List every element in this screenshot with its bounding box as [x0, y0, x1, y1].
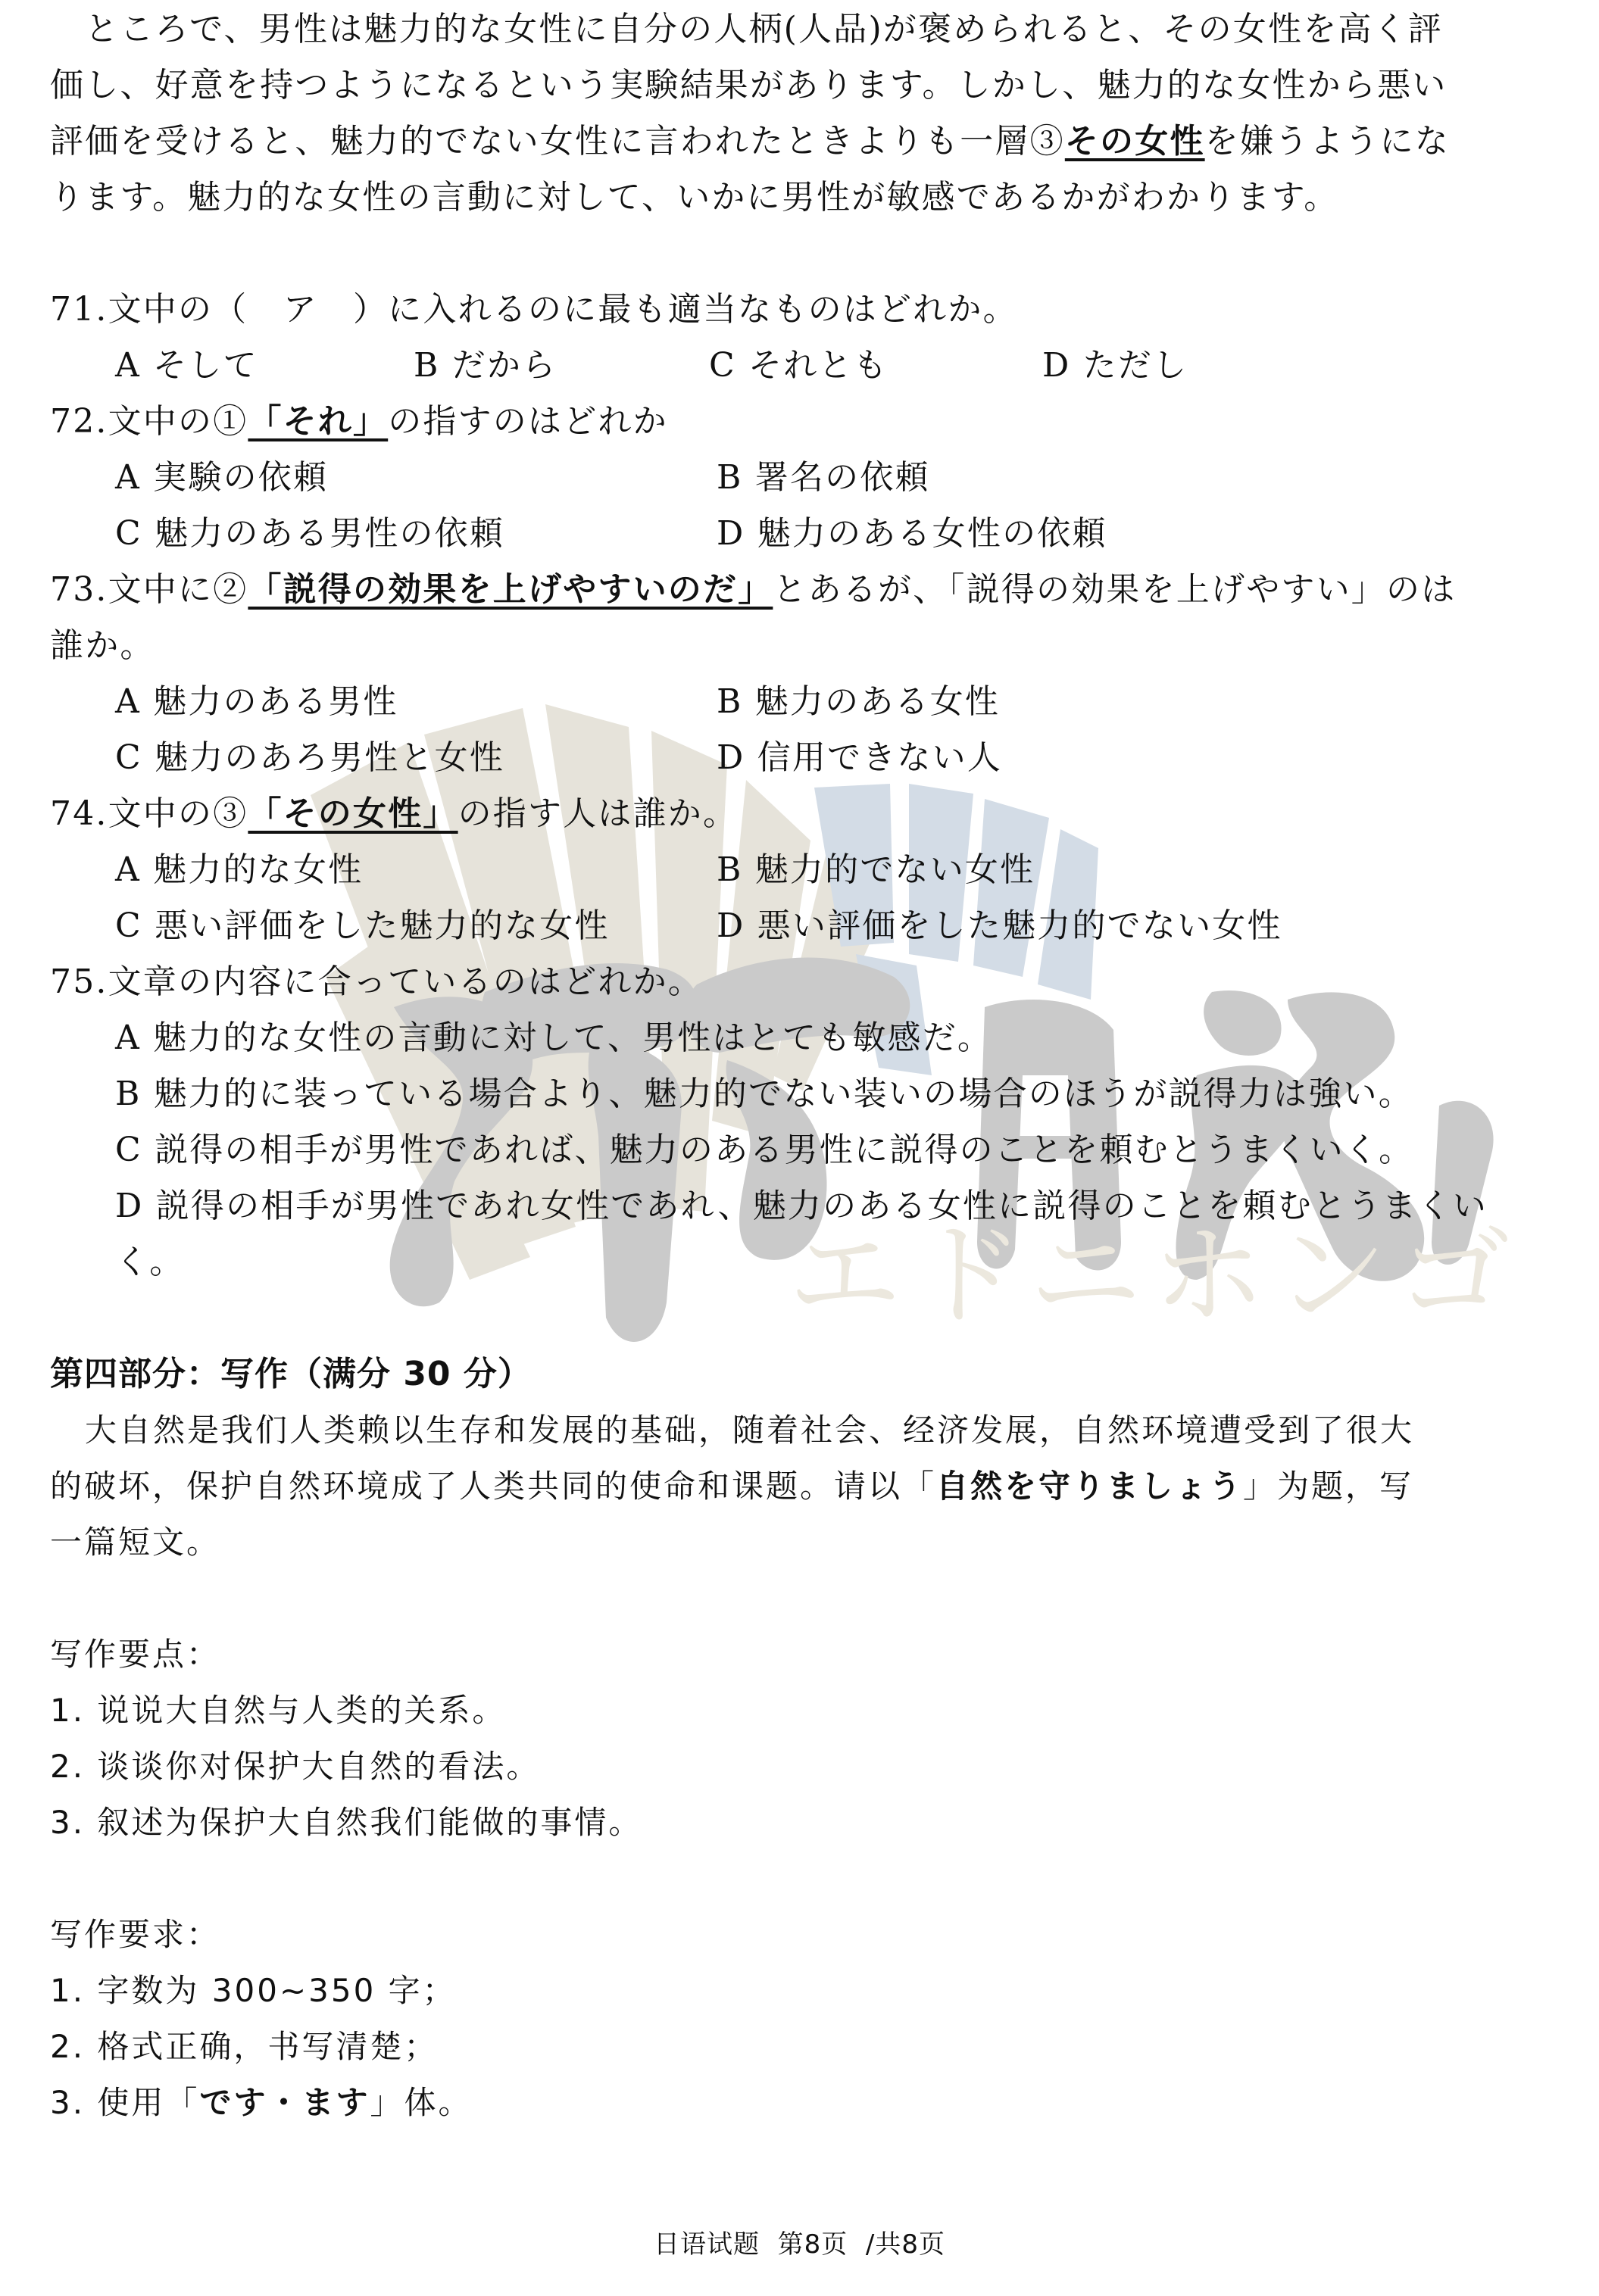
underlined-phrase-2: 「説得の効果を上げやすいのだ」 — [248, 570, 773, 609]
option-text: それとも — [748, 346, 889, 385]
option-text: 魅力のあろ男性と女性 — [155, 738, 504, 777]
option-letter: B — [717, 458, 743, 497]
question-stem: 文章の内容に合っているのはどれか。 — [108, 962, 703, 1001]
essay-topic: 自然を守りましょう — [936, 1468, 1243, 1505]
option-d[interactable]: D 信用できない人 — [717, 730, 1002, 786]
passage-line-1: ところで、男性は魅力的な女性に自分の人柄(人品)が褒められると、その女性を高く評 — [50, 2, 1576, 58]
option-text: 魅力的な女性の言動に対して、男性はとても敏感だ。 — [153, 1019, 992, 1057]
option-letter: C — [115, 738, 142, 777]
option-letter: D — [717, 514, 745, 553]
option-letter: A — [115, 346, 141, 385]
option-letter: C — [115, 1131, 142, 1169]
question-72: 72.文中の①「それ」の指すのはどれか — [50, 394, 1576, 450]
writing-point-3: 3. 叙述为保护大自然我们能做的事情。 — [50, 1795, 1576, 1851]
question-number: 72. — [50, 402, 108, 441]
option-b[interactable]: B 署名の依頼 — [717, 450, 930, 506]
question-73-options-row-1: A 魅力のある男性 B 魅力のある女性 — [115, 674, 1576, 730]
prompt-text-after: 」为题，写 — [1243, 1468, 1413, 1505]
footer-subject: 日语试题 — [654, 2229, 760, 2260]
writing-requirements-heading: 写作要求： — [50, 1907, 1576, 1963]
question-75-option-d[interactable]: D 説得の相手が男性であれ女性であれ、魅力のある女性に説得のことを頼むとうまくい — [115, 1178, 1576, 1234]
question-74-options-row-2: C 悪い評価をした魅力的な女性 D 悪い評価をした魅力的でない女性 — [115, 898, 1576, 954]
question-number: 74. — [50, 794, 108, 833]
footer-page-number: 第8页 — [778, 2229, 848, 2260]
option-c[interactable]: C 魅力のあろ男性と女性 — [115, 730, 504, 786]
option-text: 魅力のある男性の依頼 — [155, 514, 504, 553]
question-72-options-row-2: C 魅力のある男性の依頼 D 魅力のある女性の依頼 — [115, 506, 1576, 562]
option-letter: B — [414, 346, 440, 385]
question-stem-before: 文中に② — [108, 570, 248, 609]
question-72-options-row-1: A 実験の依頼 B 署名の依頼 — [115, 450, 1576, 506]
writing-points-heading: 写作要点： — [50, 1627, 1576, 1683]
option-text: 信用できない人 — [757, 738, 1002, 777]
option-b[interactable]: B だから — [414, 338, 557, 394]
option-letter: C — [115, 514, 142, 553]
writing-point-1: 1. 说说大自然与人类的关系。 — [50, 1683, 1576, 1739]
option-a[interactable]: A そして — [115, 338, 258, 394]
question-75-option-a[interactable]: A 魅力的な女性の言動に対して、男性はとても敏感だ。 — [115, 1010, 1576, 1066]
question-75-option-b[interactable]: B 魅力的に装っている場合より、魅力的でない装いの場合のほうが説得力は強い。 — [115, 1066, 1576, 1122]
writing-requirement-2: 2. 格式正确，书写清楚； — [50, 2019, 1576, 2075]
question-73: 73.文中に②「説得の効果を上げやすいのだ」とあるが、「説得の効果を上げやすい」… — [50, 562, 1576, 618]
passage-line-4: ります。魅力的な女性の言動に対して、いかに男性が敏感であるかがわかります。 — [50, 170, 1576, 226]
question-75: 75.文章の内容に合っているのはどれか。 — [50, 954, 1576, 1010]
question-stem-before: 文中の③ — [108, 794, 248, 833]
option-a[interactable]: A 魅力のある男性 — [115, 674, 398, 730]
underlined-phrase-3: その女性 — [1065, 122, 1205, 161]
option-c[interactable]: C 悪い評価をした魅力的な女性 — [115, 898, 610, 954]
option-d[interactable]: D 悪い評価をした魅力的でない女性 — [717, 898, 1282, 954]
option-text: 説得の相手が男性であれ女性であれ、魅力のある女性に説得のことを頼むとうまくい — [156, 1187, 1488, 1225]
option-c[interactable]: C それとも — [709, 338, 889, 394]
option-text: だから — [452, 346, 557, 385]
option-text: 悪い評価をした魅力的でない女性 — [757, 906, 1282, 945]
option-d[interactable]: D ただし — [1042, 338, 1188, 394]
option-text: 魅力的でない女性 — [755, 850, 1035, 889]
writing-prompt-line-2: 的破坏，保护自然环境成了人类共同的使命和课题。请以「自然を守りましょう」为题，写 — [50, 1458, 1576, 1515]
question-75-option-d-continuation: く。 — [115, 1234, 1576, 1290]
option-letter: B — [115, 1075, 142, 1113]
option-letter: D — [1042, 346, 1070, 385]
option-b[interactable]: B 魅力的でない女性 — [717, 842, 1035, 898]
passage-line-3-before: 評価を受けると、魅力的でない女性に言われたときよりも一層③ — [50, 122, 1065, 161]
option-letter: A — [115, 1019, 141, 1057]
question-stem: 文中の（ ア ）に入れるのに最も適当なものはどれか。 — [108, 290, 1018, 329]
question-stem-after: の指す人は誰か。 — [458, 794, 739, 833]
option-a[interactable]: A 魅力的な女性 — [115, 842, 363, 898]
exam-page: エドニホンゴ ところで、男性は魅力的な女性に自分の人柄(人品)が褒められると、そ… — [0, 0, 1599, 2296]
question-71: 71.文中の（ ア ）に入れるのに最も適当なものはどれか。 — [50, 282, 1576, 338]
option-letter: D — [717, 906, 745, 945]
option-letter: A — [115, 850, 141, 889]
option-letter: A — [115, 682, 141, 721]
writing-requirement-1: 1. 字数为 300~350 字； — [50, 1963, 1576, 2019]
question-73-options-row-2: C 魅力のあろ男性と女性 D 信用できない人 — [115, 730, 1576, 786]
option-text: 魅力的な女性 — [153, 850, 363, 889]
option-text: 魅力のある男性 — [153, 682, 398, 721]
question-75-option-c[interactable]: C 説得の相手が男性であれば、魅力のある男性に説得のことを頼むとうまくいく。 — [115, 1122, 1576, 1178]
question-stem-after: の指すのはどれか — [388, 402, 668, 441]
requirement-text-after: 」体。 — [370, 2084, 472, 2121]
question-73-line-2: 誰か。 — [50, 618, 1576, 674]
option-letter: D — [115, 1187, 143, 1225]
question-number: 73. — [50, 570, 108, 609]
passage-line-3: 評価を受けると、魅力的でない女性に言われたときよりも一層③その女性を嫌うようにな — [50, 114, 1576, 170]
question-stem-after: とあるが、「説得の効果を上げやすい」のは — [773, 570, 1456, 609]
footer-total-pages: /共8页 — [866, 2229, 945, 2260]
question-74-options-row-1: A 魅力的な女性 B 魅力的でない女性 — [115, 842, 1576, 898]
writing-point-2: 2. 谈谈你对保护大自然的看法。 — [50, 1739, 1576, 1795]
writing-prompt-line-1: 大自然是我们人类赖以生存和发展的基础，随着社会、经济发展，自然环境遭受到了很大 — [50, 1402, 1576, 1458]
prompt-text-before: 的破坏，保护自然环境成了人类共同的使命和课题。请以「 — [50, 1468, 936, 1505]
section-title-writing: 第四部分：写作（满分 30 分） — [50, 1346, 1576, 1402]
writing-requirement-3: 3. 使用「です・ます」体。 — [50, 2075, 1576, 2131]
option-text: 説得の相手が男性であれば、魅力のある男性に説得のことを頼むとうまくいく。 — [155, 1131, 1413, 1169]
passage-line-2: 価し、好意を持つようになるという実験結果があります。しかし、魅力的な女性から悪い — [50, 58, 1576, 114]
option-text: そして — [153, 346, 258, 385]
question-74: 74.文中の③「その女性」の指す人は誰か。 — [50, 786, 1576, 842]
option-d[interactable]: D 魅力のある女性の依頼 — [717, 506, 1107, 562]
option-letter: B — [717, 850, 743, 889]
option-letter: C — [115, 906, 142, 945]
option-text: 悪い評価をした魅力的な女性 — [155, 906, 610, 945]
question-number: 75. — [50, 962, 108, 1001]
option-letter: B — [717, 682, 743, 721]
option-text: 魅力のある女性の依頼 — [757, 514, 1107, 553]
question-stem-before: 文中の① — [108, 402, 248, 441]
passage-line-3-after: を嫌うようにな — [1205, 122, 1450, 161]
option-text: 署名の依頼 — [755, 458, 930, 497]
option-c[interactable]: C 魅力のある男性の依頼 — [115, 506, 504, 562]
option-b[interactable]: B 魅力のある女性 — [717, 674, 1000, 730]
option-text: 魅力的に装っている場合より、魅力的でない装いの場合のほうが説得力は強い。 — [154, 1075, 1413, 1113]
option-text: 魅力のある女性 — [755, 682, 1000, 721]
style-keyword: です・ます — [199, 2084, 370, 2121]
option-text: ただし — [1083, 346, 1188, 385]
question-number: 71. — [50, 290, 108, 329]
underlined-phrase-3: 「その女性」 — [248, 794, 458, 833]
underlined-phrase-1: 「それ」 — [248, 402, 388, 441]
option-text: 実験の依頼 — [153, 458, 328, 497]
page-footer: 日语试题 第8页 /共8页 — [0, 2223, 1599, 2260]
requirement-text-before: 3. 使用「 — [50, 2084, 199, 2121]
exam-content: ところで、男性は魅力的な女性に自分の人柄(人品)が褒められると、その女性を高く評… — [0, 0, 1599, 2296]
writing-prompt-line-3: 一篇短文。 — [50, 1515, 1576, 1571]
option-a[interactable]: A 実験の依頼 — [115, 450, 328, 506]
question-71-options: A そして B だから C それとも D ただし — [115, 338, 1576, 394]
option-letter: A — [115, 458, 141, 497]
option-letter: D — [717, 738, 745, 777]
option-letter: C — [709, 346, 736, 385]
